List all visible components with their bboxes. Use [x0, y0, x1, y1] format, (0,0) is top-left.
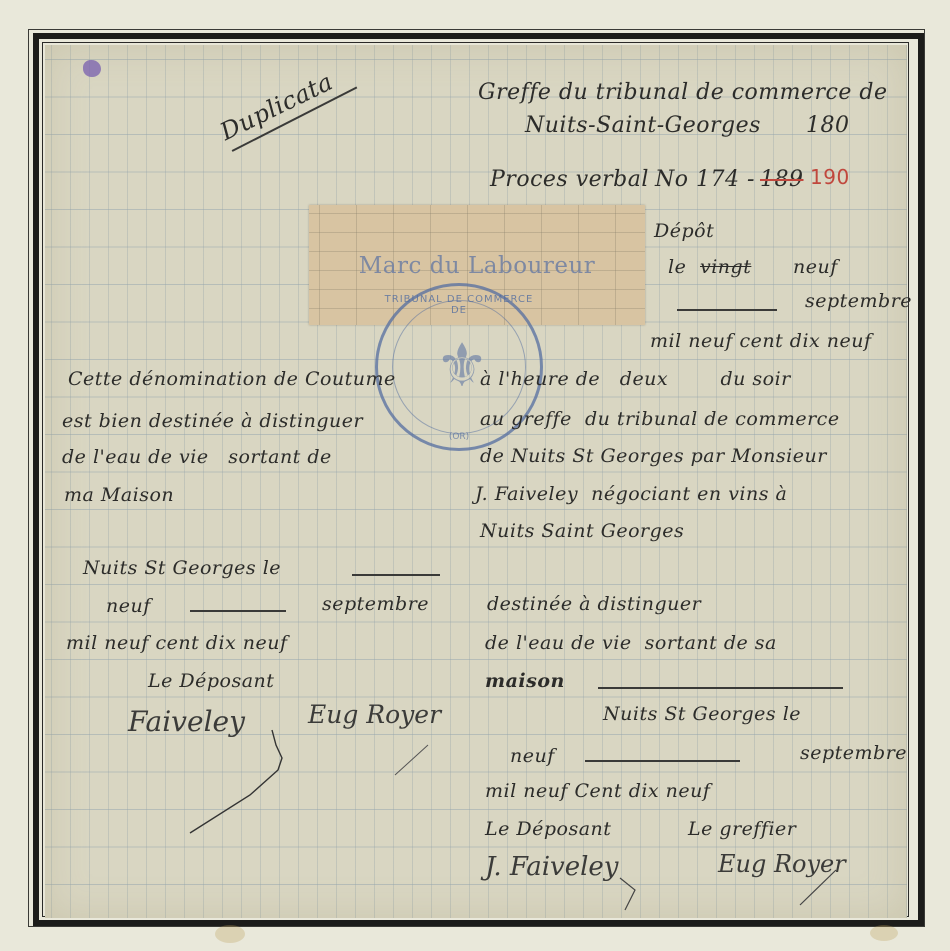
- signature-flourish-strokes: [0, 0, 950, 951]
